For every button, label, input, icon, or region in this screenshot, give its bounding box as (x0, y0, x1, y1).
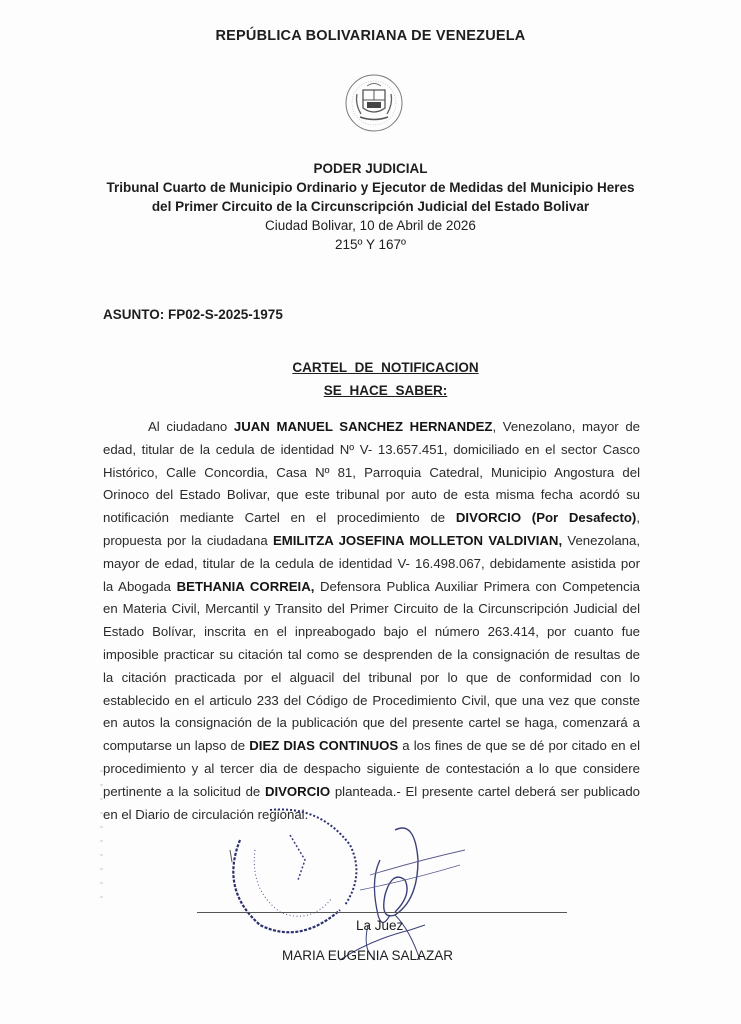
body-text-segment: , (636, 510, 640, 525)
body-text-segment: edad, titular de la cedula de identidad … (103, 442, 640, 457)
body-text-segment: notificación mediante Cartel en el proce… (103, 510, 456, 525)
body-text-segment: Orinoco del Estado Bolivar, que este tri… (103, 487, 640, 502)
body-text-segment: la Abogada (103, 579, 177, 594)
case-number: ASUNTO: FP02-S-2025-1975 (103, 307, 283, 322)
notice-subtitle: SE HACE SABER: (0, 383, 741, 398)
body-text-segment: , Venezolano, mayor de (492, 419, 640, 434)
venezuela-coat-of-arms-icon (343, 72, 405, 134)
notice-title: CARTEL DE NOTIFICACION (0, 360, 741, 375)
body-line: mayor de edad, titular de la cedula de i… (103, 555, 640, 573)
body-text-segment: computarse un lapso de (103, 738, 249, 753)
body-text-segment: Estado Bolívar, inscrita en el inpreabog… (103, 624, 640, 639)
body-text-segment: en Materia Civil, Mercantil y Transito d… (103, 601, 640, 616)
body-text-segment: la citación practicada por el alguacil d… (103, 670, 640, 685)
body-text-segment: imposible practicar su citación tal como… (103, 647, 640, 662)
body-line: notificación mediante Cartel en el proce… (103, 509, 640, 527)
era-years: 215º Y 167º (0, 237, 741, 252)
body-bold-segment: DIVORCIO (Por Desafecto) (456, 510, 636, 525)
scan-artifact (100, 770, 103, 910)
body-line: en autos la consignación de la publicaci… (103, 714, 640, 732)
body-bold-segment: DIEZ DIAS CONTINUOS (249, 738, 398, 753)
body-line: imposible practicar su citación tal como… (103, 646, 640, 664)
body-text-segment: establecido en el articulo 233 del Códig… (103, 693, 640, 708)
body-text-segment: en el Diario de circulación regional. (103, 807, 308, 822)
city-date: Ciudad Bolivar, 10 de Abril de 2026 (0, 218, 741, 233)
body-text-segment: Defensora Publica Auxiliar Primera con C… (314, 579, 640, 594)
body-text-segment: Venezolana, (562, 533, 640, 548)
body-line: en el Diario de circulación regional. (103, 806, 640, 824)
body-line: la Abogada BETHANIA CORREIA, Defensora P… (103, 578, 640, 596)
body-line: la citación practicada por el alguacil d… (103, 669, 640, 687)
body-line: computarse un lapso de DIEZ DIAS CONTINU… (103, 737, 640, 755)
body-line: propuesta por la ciudadana EMILITZA JOSE… (103, 532, 640, 550)
document-page: REPÚBLICA BOLIVARIANA DE VENEZUELA PODER… (0, 0, 741, 1024)
body-line: procedimiento y al tercer dia de despach… (103, 760, 640, 778)
body-text-segment: a los fines de que se dé por citado en e… (398, 738, 640, 753)
body-line: Orinoco del Estado Bolivar, que este tri… (103, 486, 640, 504)
body-text-segment: planteada.- El presente cartel deberá se… (330, 784, 640, 799)
body-line: pertinente a la solicitud de DIVORCIO pl… (103, 783, 640, 801)
body-line: en Materia Civil, Mercantil y Transito d… (103, 600, 640, 618)
tribunal-name-line-2: del Primer Circuito de la Circunscripció… (0, 199, 741, 214)
body-text-segment: Histórico, Calle Concordia, Casa Nº 81, … (103, 465, 640, 480)
body-line: Estado Bolívar, inscrita en el inpreabog… (103, 623, 640, 641)
body-text-segment: mayor de edad, titular de la cedula de i… (103, 556, 640, 571)
signature-line (197, 912, 567, 913)
judge-role: La Juez (356, 918, 403, 933)
tribunal-name-line-1: Tribunal Cuarto de Municipio Ordinario y… (0, 180, 741, 195)
judge-name: MARIA EUGENIA SALAZAR (282, 948, 453, 963)
body-bold-segment: EMILITZA JOSEFINA MOLLETON VALDIVIAN, (273, 533, 562, 548)
body-bold-segment: JUAN MANUEL SANCHEZ HERNANDEZ (234, 419, 493, 434)
body-bold-segment: DIVORCIO (265, 784, 330, 799)
body-bold-segment: BETHANIA CORREIA, (177, 579, 315, 594)
body-text-segment: propuesta por la ciudadana (103, 533, 273, 548)
body-line: Al ciudadano JUAN MANUEL SANCHEZ HERNAND… (148, 418, 640, 436)
body-text-segment: en autos la consignación de la publicaci… (103, 715, 640, 730)
body-line: establecido en el articulo 233 del Códig… (103, 692, 640, 710)
body-text-segment: procedimiento y al tercer dia de despach… (103, 761, 640, 776)
body-text-segment: pertinente a la solicitud de (103, 784, 265, 799)
branch-heading: PODER JUDICIAL (0, 161, 741, 176)
country-heading: REPÚBLICA BOLIVARIANA DE VENEZUELA (0, 28, 741, 44)
body-text-segment: Al ciudadano (148, 419, 234, 434)
body-line: edad, titular de la cedula de identidad … (103, 441, 640, 459)
body-line: Histórico, Calle Concordia, Casa Nº 81, … (103, 464, 640, 482)
